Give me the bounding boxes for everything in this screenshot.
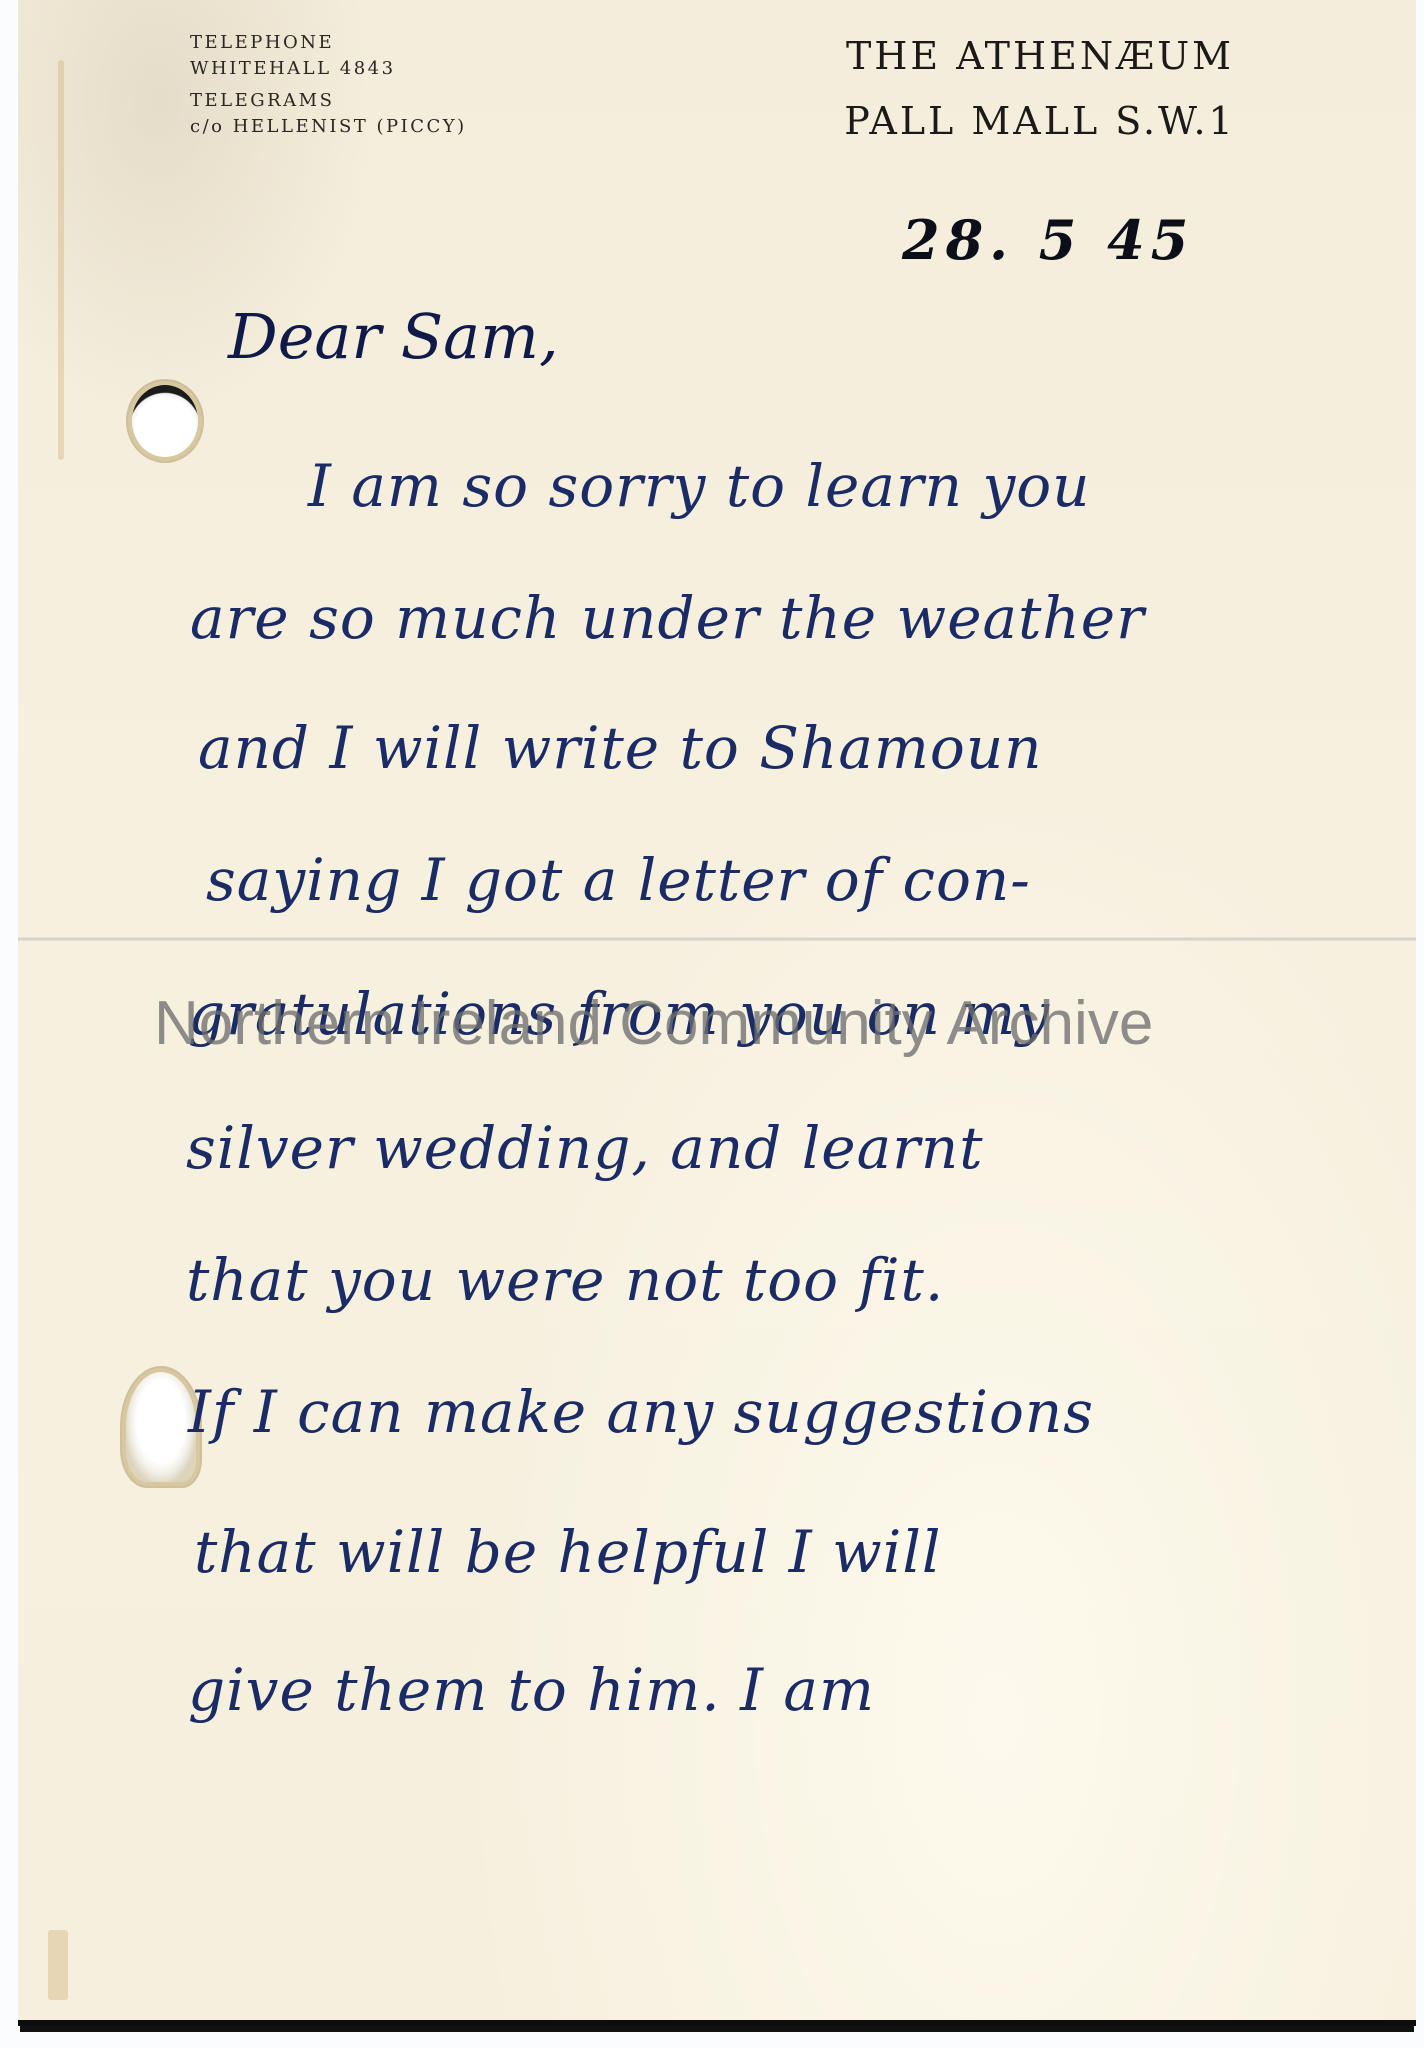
salutation: Dear Sam, xyxy=(228,300,559,373)
telegrams-address: c/o HELLENIST (PICCY) xyxy=(190,114,467,140)
punch-hole-bottom-torn xyxy=(126,1372,196,1482)
letter-line: I am so sorry to learn you xyxy=(308,452,1091,520)
paper-stain xyxy=(48,1930,68,2000)
letterhead-contact: TELEPHONE WHITEHALL 4843 TELEGRAMS c/o H… xyxy=(190,30,467,140)
letter-line: and I will write to Shamoun xyxy=(198,714,1043,782)
letter-date: 28. 5 45 xyxy=(902,208,1194,272)
archive-watermark: Northern Ireland Community Archive xyxy=(154,988,1153,1059)
punch-hole-top xyxy=(132,385,198,457)
letter-line: that you were not too fit. xyxy=(186,1246,944,1314)
letter-page: TELEPHONE WHITEHALL 4843 TELEGRAMS c/o H… xyxy=(18,0,1416,2026)
letter-line: are so much under the weather xyxy=(190,584,1145,652)
letter-line: that will be helpful I will xyxy=(194,1518,941,1586)
letter-line: saying I got a letter of con- xyxy=(206,846,1031,914)
letter-line: If I can make any suggestions xyxy=(188,1378,1094,1446)
club-name: THE ATHENÆUM xyxy=(820,24,1260,89)
letter-line: give them to him. I am xyxy=(188,1656,875,1724)
telegrams-label: TELEGRAMS xyxy=(190,88,467,114)
paper-stain xyxy=(58,60,64,460)
telephone-number: WHITEHALL 4843 xyxy=(190,56,467,82)
letterhead-club: THE ATHENÆUM PALL MALL S.W.1 xyxy=(820,24,1260,153)
fold-crease xyxy=(18,936,1416,942)
letter-line: silver wedding, and learnt xyxy=(186,1114,984,1182)
telephone-label: TELEPHONE xyxy=(190,30,467,56)
club-address: PALL MALL S.W.1 xyxy=(820,89,1260,154)
